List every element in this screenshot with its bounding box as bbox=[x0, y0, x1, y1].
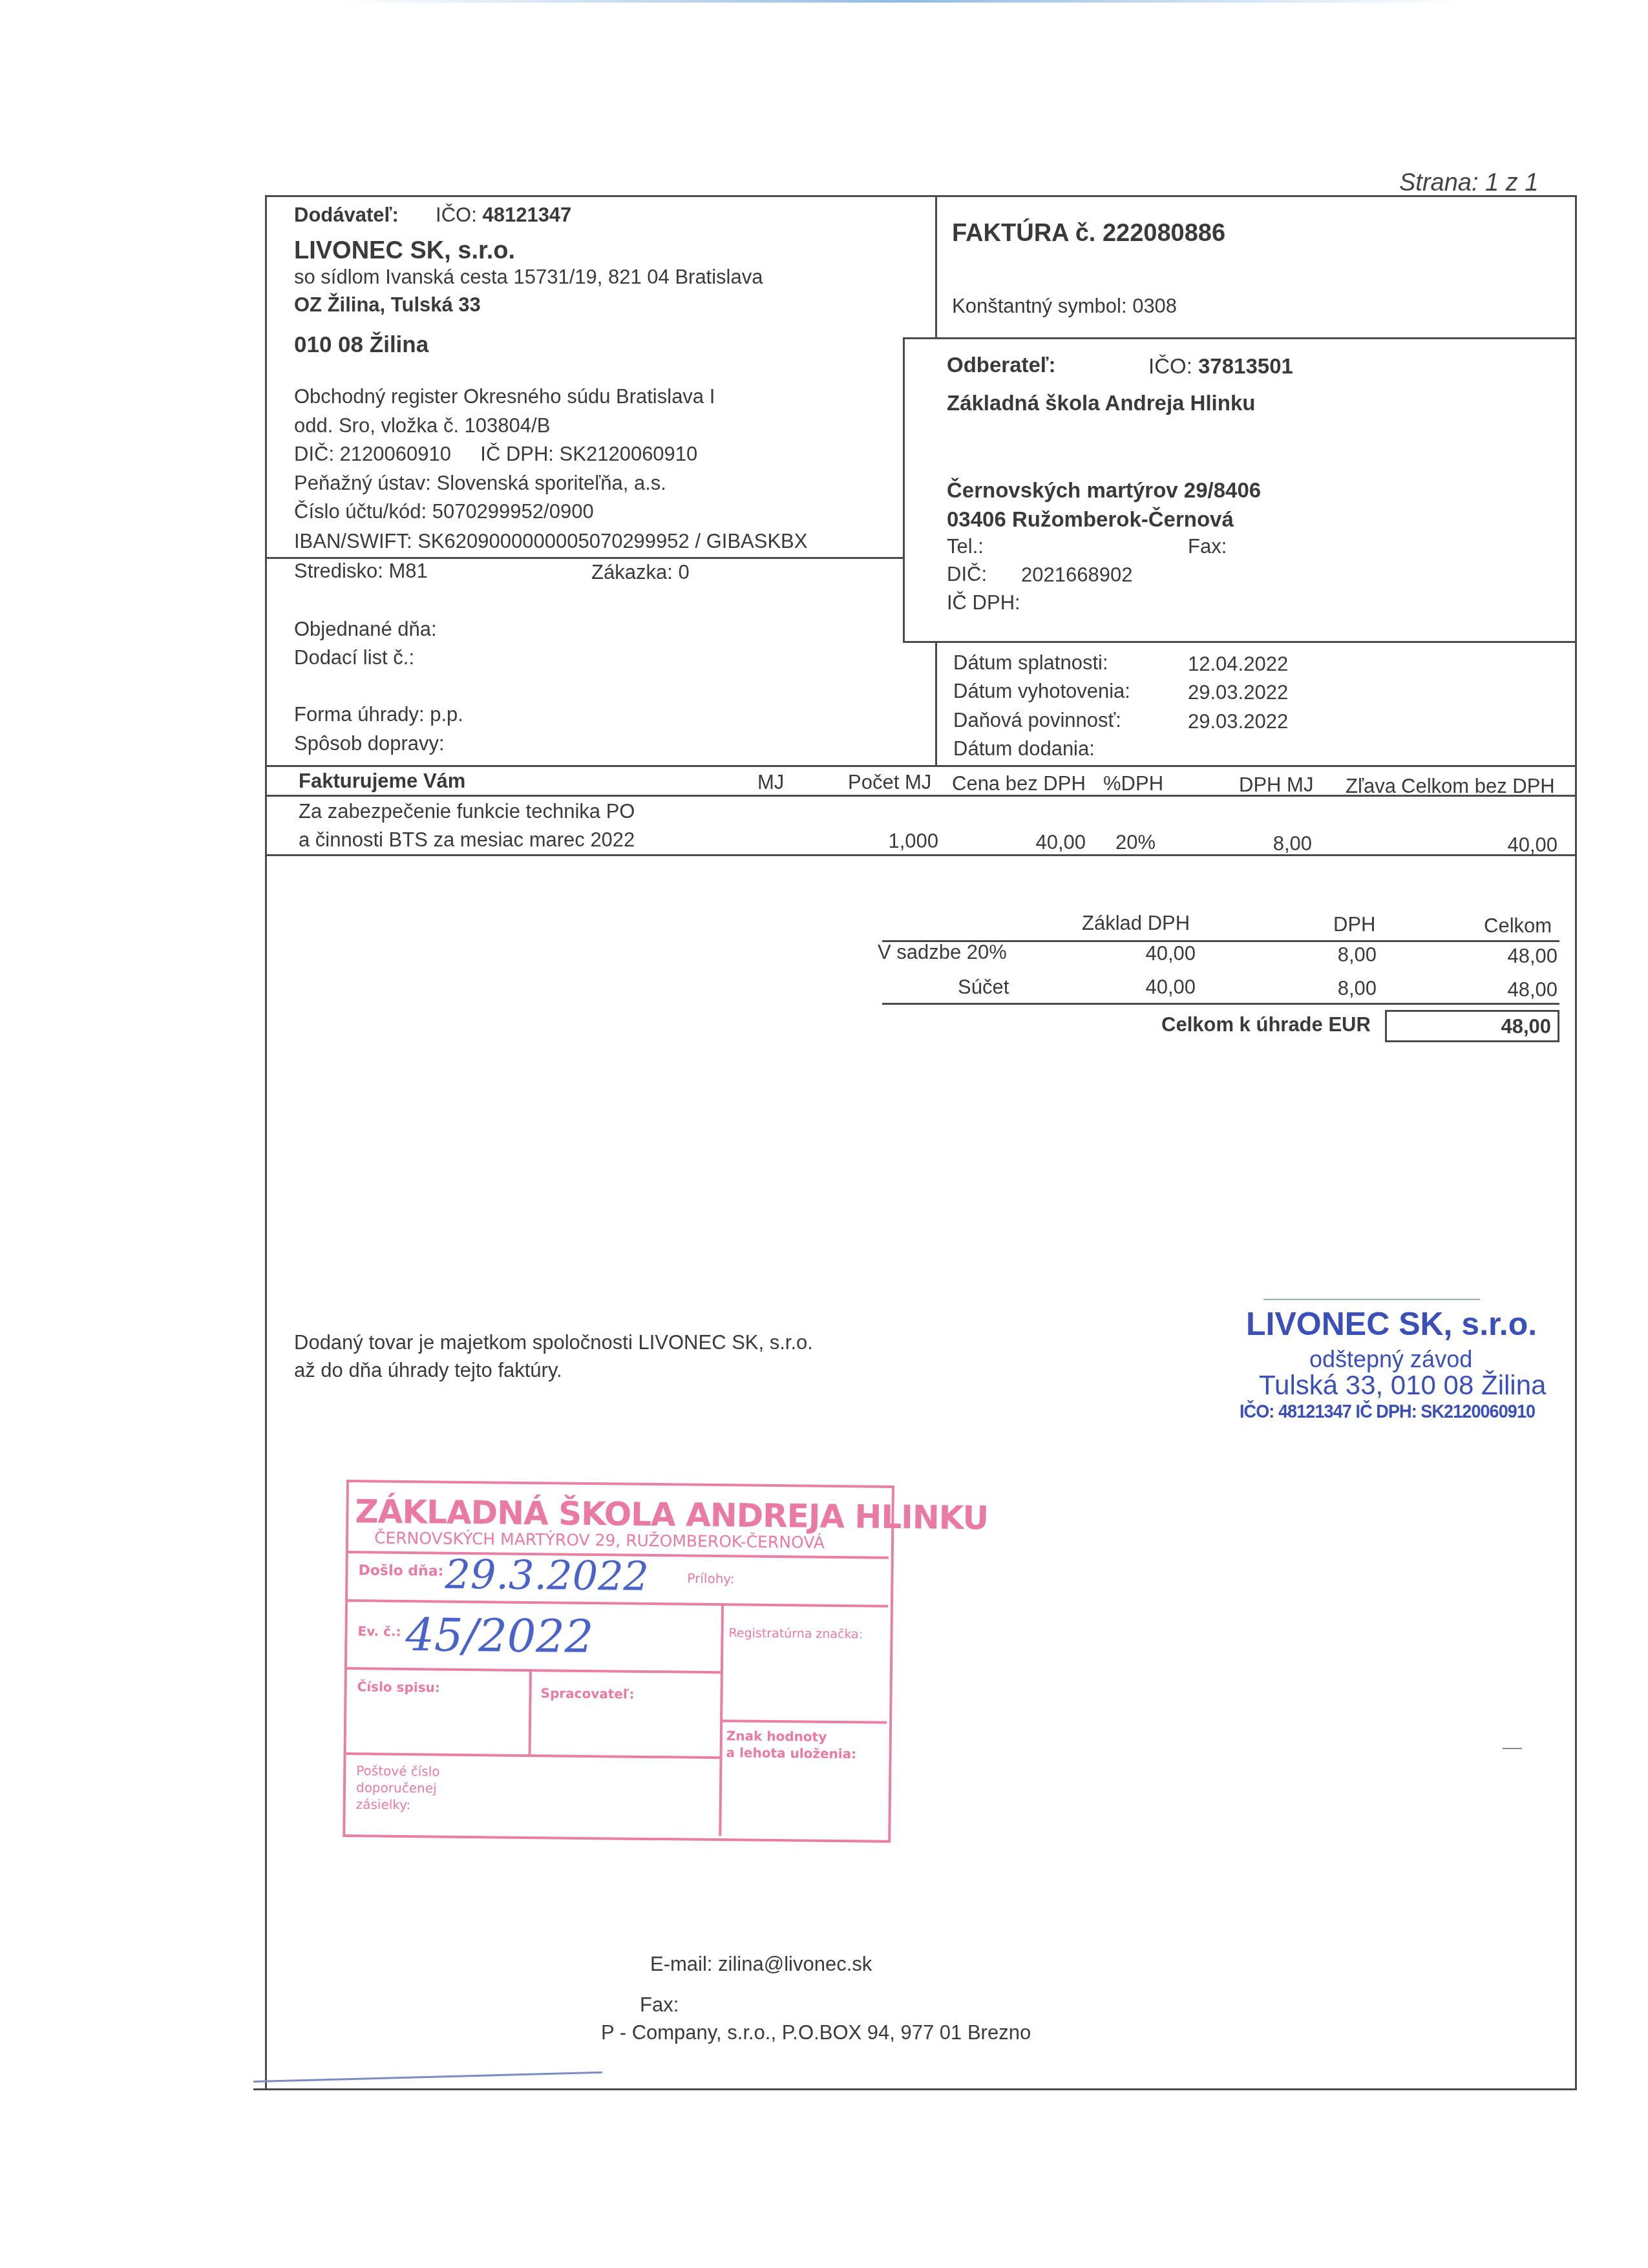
customer-box-left bbox=[903, 337, 905, 641]
summary-total-line bbox=[882, 1003, 1559, 1005]
postal-label-2: doporučenej bbox=[356, 1780, 437, 1796]
summary-row-vat: 8,00 bbox=[1312, 978, 1377, 998]
col-description-header: Fakturujeme Vám bbox=[299, 771, 465, 791]
ev-label: Ev. č.: bbox=[357, 1623, 401, 1639]
forma-uhrady: Forma úhrady: p.p. bbox=[294, 704, 463, 724]
supplier-account: Číslo účtu/kód: 5070299952/0900 bbox=[294, 501, 594, 521]
supplier-iban: IBAN/SWIFT: SK6209000000005070299952 / G… bbox=[294, 531, 807, 551]
summary-vat-header: DPH bbox=[1333, 914, 1375, 934]
table-body-bottom bbox=[265, 854, 1577, 856]
divider-invoice bbox=[935, 195, 937, 337]
scan-edge bbox=[336, 0, 1467, 3]
constant-symbol: Konštantný symbol: 0308 bbox=[952, 296, 1177, 316]
item-description-line-1: Za zabezpečenie funkcie technika PO bbox=[299, 801, 635, 821]
sposob-dopravy: Spôsob dopravy: bbox=[294, 733, 445, 753]
frame-bottom bbox=[253, 2088, 1577, 2090]
customer-ico-label: IČO: bbox=[1148, 354, 1192, 378]
supplier-label: Dodávateľ: IČO: 48121347 bbox=[294, 205, 571, 225]
col-discount-header: Zľava bbox=[1346, 776, 1396, 796]
customer-box-bottom bbox=[903, 641, 1577, 643]
frame-left bbox=[265, 195, 267, 2088]
summary-row-vat: 8,00 bbox=[1312, 945, 1377, 965]
file-no-label: Číslo spisu: bbox=[357, 1679, 440, 1695]
item-price: 40,00 bbox=[989, 832, 1086, 852]
item-total: 40,00 bbox=[1454, 835, 1558, 855]
ev-number-handwritten: 45/2022 bbox=[405, 1608, 594, 1663]
supplier-ico-label: IČO: bbox=[436, 204, 477, 226]
customer-fax-label: Fax: bbox=[1188, 536, 1227, 556]
date-value: 29.03.2022 bbox=[1188, 682, 1288, 702]
postal-label-1: Poštové číslo bbox=[356, 1763, 440, 1779]
received-label: Došlo dňa: bbox=[358, 1562, 443, 1579]
customer-name: Základná škola Andreja Hlinku bbox=[947, 391, 1255, 415]
stamp-line-1: odštepný závod bbox=[1309, 1346, 1472, 1373]
date-value: 29.03.2022 bbox=[1188, 711, 1288, 731]
date-label: Daňová povinnosť: bbox=[953, 710, 1121, 730]
col-mj-header: MJ bbox=[757, 772, 784, 792]
summary-row-label: Súčet bbox=[958, 977, 1009, 997]
ownership-note-line-1: Dodaný tovar je majetkom spoločnosti LIV… bbox=[294, 1332, 813, 1352]
customer-label: Odberateľ: bbox=[947, 353, 1056, 377]
customer-city: 03406 Ružomberok-Černová bbox=[947, 507, 1234, 532]
table-header-top bbox=[265, 765, 1577, 767]
col-total-header: Celkom bez DPH bbox=[1401, 776, 1555, 796]
customer-ic-dph-label: IČ DPH: bbox=[947, 593, 1020, 613]
pen-stroke bbox=[253, 2072, 602, 2083]
grand-total-value: 48,00 bbox=[1454, 1016, 1551, 1036]
item-vat-pct: 20% bbox=[1115, 832, 1156, 852]
col-vat-unit-header: DPH MJ bbox=[1239, 775, 1313, 795]
supplier-register-2: odd. Sro, vložka č. 103804/B bbox=[294, 415, 550, 436]
grand-total-label: Celkom k úhrade EUR bbox=[1161, 1014, 1371, 1034]
item-description-line-2: a činnosti BTS za mesiac marec 2022 bbox=[299, 830, 635, 850]
supplier-tax-ids: DIČ: 2120060910 IČ DPH: SK2120060910 bbox=[294, 444, 697, 464]
col-count-header: Počet MJ bbox=[848, 772, 931, 792]
processor-label: Spracovateľ: bbox=[540, 1685, 634, 1702]
summary-row-label: V sadzbe 20% bbox=[878, 942, 1007, 962]
stamp-company-name: LIVONEC SK, s.r.o. bbox=[1246, 1305, 1537, 1343]
supplier-city: 010 08 Žilina bbox=[294, 332, 428, 358]
received-date-handwritten: 29.3.2022 bbox=[445, 1551, 649, 1600]
customer-street: Černovských martýrov 29/8406 bbox=[947, 478, 1261, 503]
frame-top bbox=[265, 195, 1577, 197]
supplier-ico: 48121347 bbox=[482, 204, 571, 226]
footer-printer: P - Company, s.r.o., P.O.BOX 94, 977 01 … bbox=[601, 2022, 1031, 2042]
col-vat-pct-header: %DPH bbox=[1103, 773, 1163, 793]
date-label: Dátum dodania: bbox=[953, 739, 1095, 759]
summary-total-header: Celkom bbox=[1484, 916, 1552, 936]
customer-label-row: Odberateľ: bbox=[947, 354, 1056, 375]
summary-row-base: 40,00 bbox=[1099, 943, 1196, 963]
scan-mark bbox=[1503, 1748, 1522, 1749]
attachments-label: Prílohy: bbox=[687, 1571, 734, 1587]
supplier-bank: Peňažný ústav: Slovenská sporiteľňa, a.s… bbox=[294, 473, 666, 493]
summary-row-total: 48,00 bbox=[1461, 980, 1558, 1000]
dates-divider bbox=[935, 641, 937, 765]
zakazka: Zákazka: 0 bbox=[591, 562, 690, 582]
supplier-dic: DIČ: 2120060910 bbox=[294, 443, 451, 465]
date-label: Dátum splatnosti: bbox=[953, 653, 1108, 673]
value-mark-label-2: a lehota uloženia: bbox=[726, 1745, 856, 1761]
summary-row-base: 40,00 bbox=[1099, 977, 1196, 997]
col-price-header: Cena bez DPH bbox=[952, 773, 1086, 793]
date-value: 12.04.2022 bbox=[1188, 654, 1288, 674]
customer-ico: 37813501 bbox=[1198, 354, 1293, 378]
supplier-seat: so sídlom Ivanská cesta 15731/19, 821 04… bbox=[294, 267, 763, 287]
customer-tel-label: Tel.: bbox=[947, 536, 984, 556]
supplier-register-1: Obchodný register Okresného súdu Bratisl… bbox=[294, 386, 715, 406]
registry-mark-label: Registratúrna značka: bbox=[728, 1626, 863, 1641]
stredisko: Stredisko: M81 bbox=[294, 561, 428, 581]
ownership-note-line-2: až do dňa úhrady tejto faktúry. bbox=[294, 1360, 562, 1380]
value-mark-label-1: Znak hodnoty bbox=[726, 1728, 827, 1745]
dodaci-list: Dodací list č.: bbox=[294, 647, 414, 667]
frame-right bbox=[1575, 195, 1577, 2088]
footer-fax: Fax: bbox=[640, 1995, 679, 2015]
item-vat-unit: 8,00 bbox=[1215, 834, 1312, 854]
customer-box-top bbox=[903, 337, 1577, 339]
stamp-top-line bbox=[1263, 1299, 1480, 1300]
footer-email: E-mail: zilina@livonec.sk bbox=[650, 1954, 872, 1974]
stamp-line-3: IČO: 48121347 IČ DPH: SK2120060910 bbox=[1240, 1401, 1535, 1423]
item-count: 1,000 bbox=[827, 831, 938, 851]
customer-dic-label: DIČ: bbox=[947, 564, 987, 584]
stamp-line-2: Tulská 33, 010 08 Žilina bbox=[1259, 1370, 1546, 1401]
supplier-label-text: Dodávateľ: bbox=[294, 204, 399, 226]
supplier-branch: OZ Žilina, Tulská 33 bbox=[294, 295, 481, 315]
invoice-title: FAKTÚRA č. 222080886 bbox=[952, 220, 1225, 247]
postal-label-3: zásielky: bbox=[356, 1796, 411, 1812]
customer-dic: 2021668902 bbox=[1021, 565, 1132, 585]
objednane-dna: Objednané dňa: bbox=[294, 619, 437, 639]
summary-row-total: 48,00 bbox=[1461, 946, 1558, 966]
page-indicator: Strana: 1 z 1 bbox=[1399, 169, 1538, 197]
customer-ico-row: IČO: 37813501 bbox=[1148, 354, 1293, 379]
date-label: Dátum vyhotovenia: bbox=[953, 681, 1130, 701]
summary-base-header: Základ DPH bbox=[1082, 913, 1190, 933]
supplier-ic-dph: IČ DPH: SK2120060910 bbox=[480, 443, 697, 465]
supplier-name: LIVONEC SK, s.r.o. bbox=[294, 237, 515, 265]
stredisko-divider bbox=[265, 557, 903, 559]
